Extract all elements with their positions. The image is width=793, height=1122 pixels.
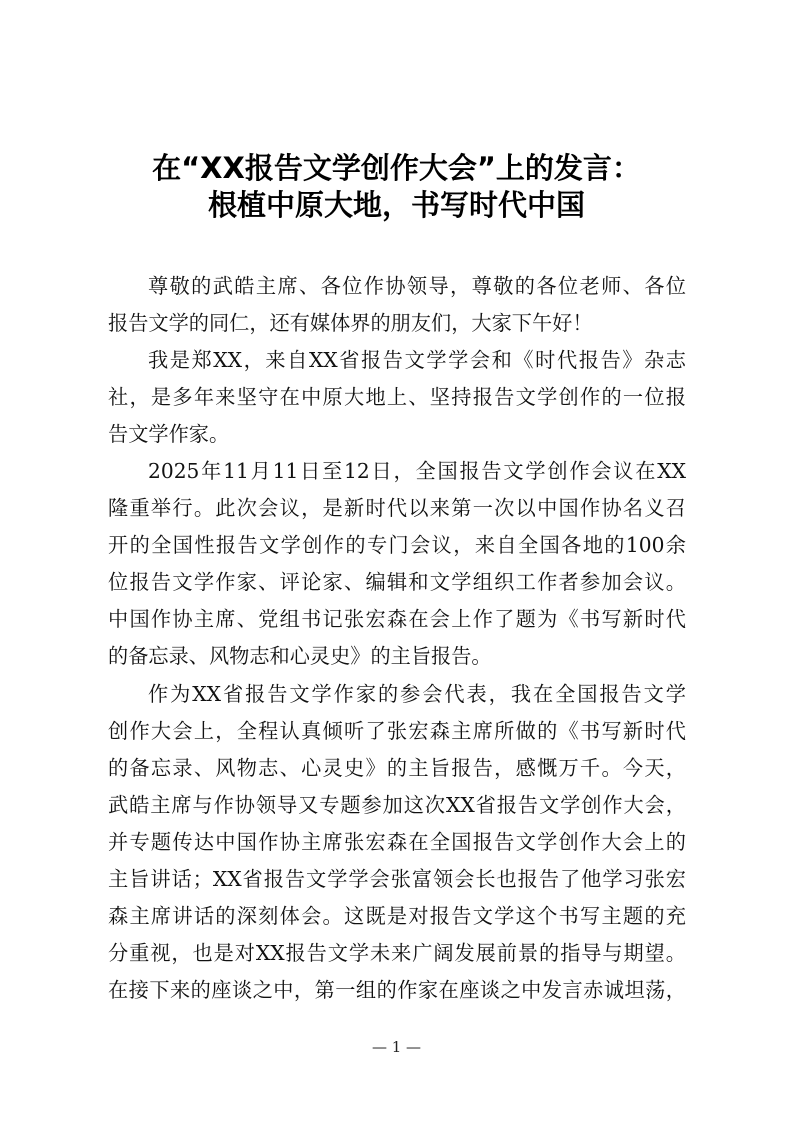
text-line: 报告文学的同仁，还有媒体界的朋友们，大家下午好！ [108, 305, 686, 342]
text-line: 的备忘录、风物志、心灵史》的主旨报告，感慨万千。今天， [108, 750, 686, 787]
page-number: — 1 — [0, 1038, 793, 1056]
text-line: 隆重举行。此次会议，是新时代以来第一次以中国作协名义召 [108, 490, 686, 527]
text-line: 位报告文学作家、评论家、编辑和文学组织工作者参加会议。 [108, 564, 686, 601]
title-line-2: 根植中原大地，书写时代中国 [0, 187, 793, 224]
document-body: 尊敬的武皓主席、各位作协领导，尊敬的各位老师、各位 报告文学的同仁，还有媒体界的… [108, 268, 686, 1009]
text-line: 开的全国性报告文学创作的专门会议，来自全国各地的100余 [108, 527, 686, 564]
text-line: 尊敬的武皓主席、各位作协领导，尊敬的各位老师、各位 [108, 268, 686, 305]
text-line: 武皓主席与作协领导又专题参加这次XX省报告文学创作大会， [108, 787, 686, 824]
document-page: 在“XX报告文学创作大会”上的发言： 根植中原大地，书写时代中国 尊敬的武皓主席… [0, 0, 793, 1122]
text-line: 在接下来的座谈之中，第一组的作家在座谈之中发言赤诚坦荡， [108, 972, 686, 1009]
text-line: 作为XX省报告文学作家的参会代表，我在全国报告文学 [108, 676, 686, 713]
paragraph-reflection: 作为XX省报告文学作家的参会代表，我在全国报告文学 创作大会上，全程认真倾听了张… [108, 676, 686, 1009]
text-line: 中国作协主席、党组书记张宏森在会上作了题为《书写新时代 [108, 601, 686, 638]
text-line: 社，是多年来坚守在中原大地上、坚持报告文学创作的一位报 [108, 379, 686, 416]
document-title: 在“XX报告文学创作大会”上的发言： 根植中原大地，书写时代中国 [0, 150, 793, 224]
paragraph-greeting: 尊敬的武皓主席、各位作协领导，尊敬的各位老师、各位 报告文学的同仁，还有媒体界的… [108, 268, 686, 342]
paragraph-conference: 2025年11月11日至12日，全国报告文学创作会议在XX 隆重举行。此次会议，… [108, 453, 686, 675]
text-line: 我是郑XX，来自XX省报告文学学会和《时代报告》杂志 [108, 342, 686, 379]
text-line: 并专题传达中国作协主席张宏森在全国报告文学创作大会上的 [108, 824, 686, 861]
title-line-1: 在“XX报告文学创作大会”上的发言： [0, 150, 793, 187]
text-line: 主旨讲话；XX省报告文学学会张富领会长也报告了他学习张宏 [108, 861, 686, 898]
text-line: 2025年11月11日至12日，全国报告文学创作会议在XX [108, 453, 686, 490]
text-line: 的备忘录、风物志和心灵史》的主旨报告。 [108, 638, 686, 675]
text-line: 森主席讲话的深刻体会。这既是对报告文学这个书写主题的充 [108, 898, 686, 935]
paragraph-introduction: 我是郑XX，来自XX省报告文学学会和《时代报告》杂志 社，是多年来坚守在中原大地… [108, 342, 686, 453]
text-line: 创作大会上，全程认真倾听了张宏森主席所做的《书写新时代 [108, 713, 686, 750]
text-line: 告文学作家。 [108, 416, 686, 453]
text-line: 分重视，也是对XX报告文学未来广阔发展前景的指导与期望。 [108, 935, 686, 972]
